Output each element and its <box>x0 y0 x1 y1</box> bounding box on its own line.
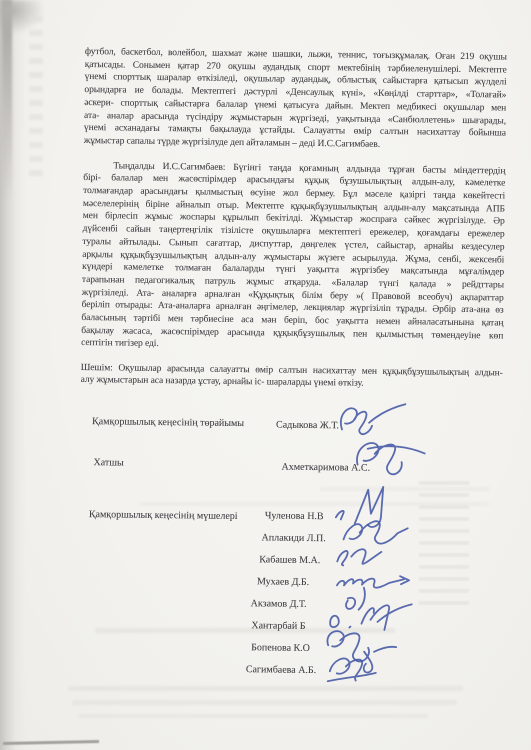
signatory-name: Хантарбай Б <box>251 620 305 633</box>
bleedthrough-marks <box>29 16 43 181</box>
signatory-name: Мухаев Д.Б. <box>257 576 309 589</box>
signature-ink <box>321 647 388 688</box>
signatory-name: Сагимбаева А.Б. <box>246 664 317 678</box>
paragraph-heard: Тыңдалды И.С.Сагимбаев: Бүгінгі таңда қо… <box>81 160 505 356</box>
signature-block: Қамқоршылық кеңесінің төрайымы Садыкова … <box>77 416 502 690</box>
paragraph-decision: Шешім: Оқушылар арасында салауатты өмір … <box>81 362 503 393</box>
signatory-name: Акзамов Д.Т. <box>251 598 307 611</box>
members-list: Қамқоршылық кеңесінің мүшелері Чуленова … <box>77 508 501 690</box>
signature-ink <box>347 431 428 484</box>
document-body: футбол, баскетбол, волейбол, шахмат және… <box>77 46 507 690</box>
signature-row-secretary: Хатшы Ахметкаримова А.С. <box>79 457 501 477</box>
bleedthrough-marks <box>78 714 428 718</box>
signatory-name: Аплакиди Л.П. <box>261 532 325 546</box>
bleedthrough-marks <box>72 700 457 705</box>
paragraph-sport: футбол, баскетбол, волейбол, шахмат және… <box>84 46 507 153</box>
role-label: Қамқоршылық кеңесінің мүшелері <box>89 509 238 524</box>
document-scan: футбол, баскетбол, волейбол, шахмат және… <box>0 0 531 750</box>
role-label: Қамқоршылық кеңесінің төрайымы <box>92 416 244 431</box>
signatory-name: Чуленова Н.В <box>265 510 324 523</box>
signatory-name: Бопенова К.О <box>251 642 310 655</box>
signature-row-chair: Қамқоршылық кеңесінің төрайымы Садыкова … <box>80 416 502 436</box>
signatory-name: Кабашев М.А. <box>259 554 320 568</box>
role-label: Хатшы <box>93 457 123 470</box>
